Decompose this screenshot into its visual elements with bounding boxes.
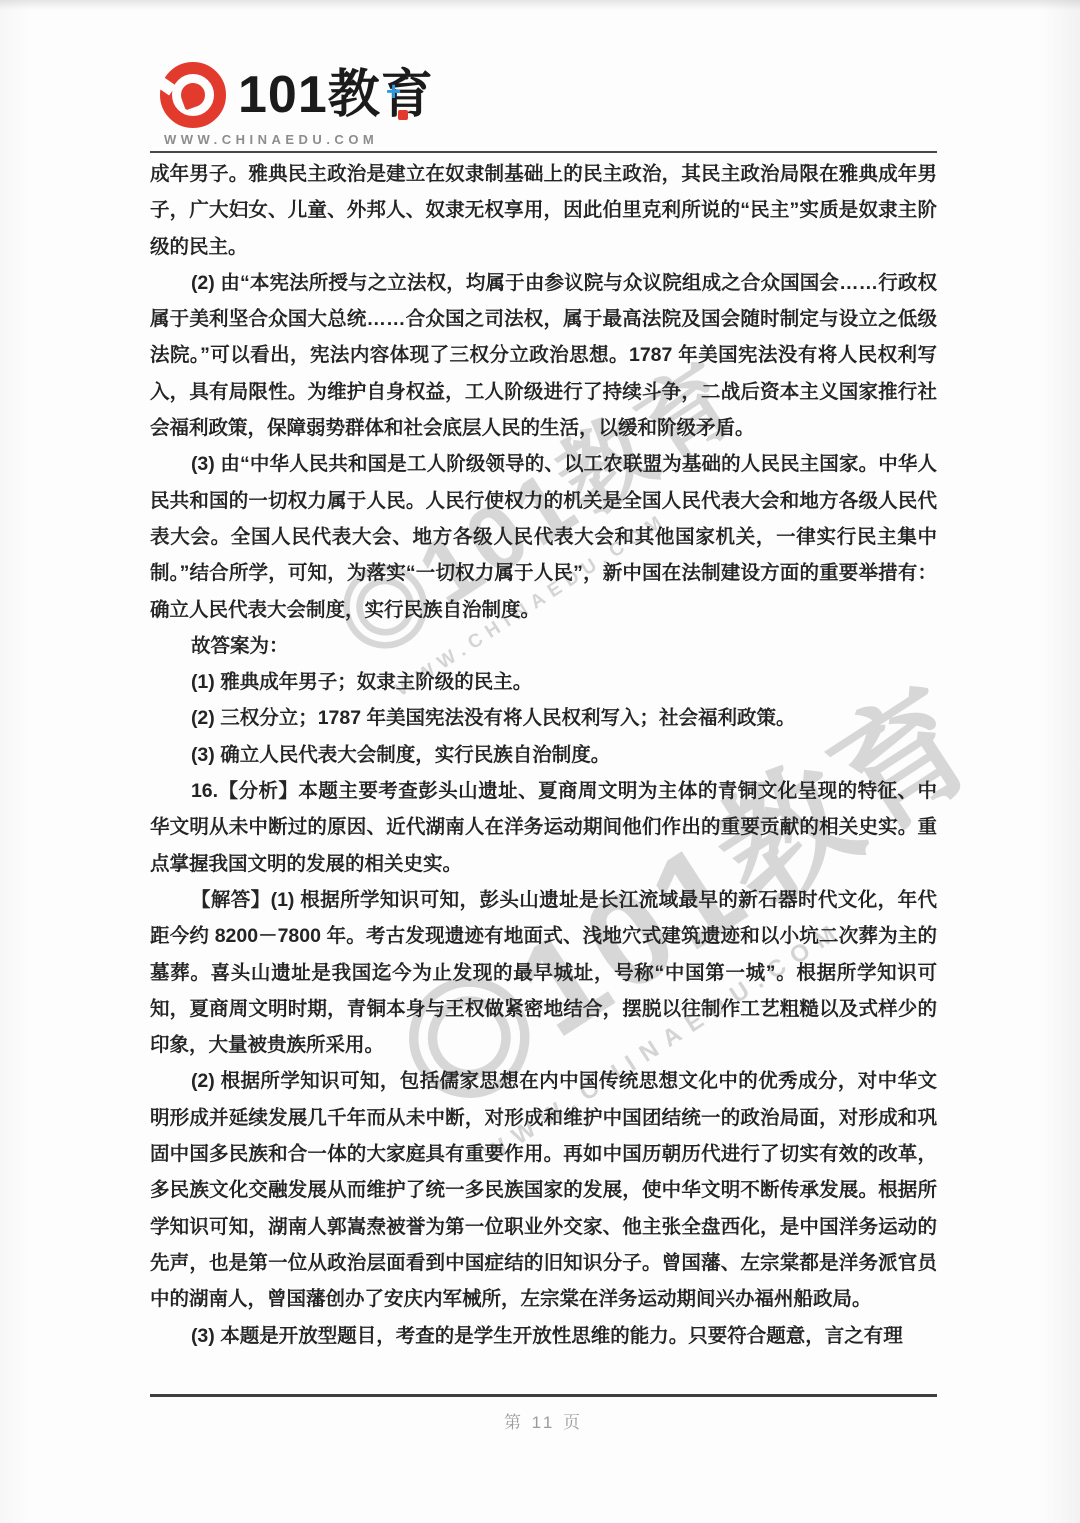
site-logo: 101教育 + WWW.CHINAEDU.COM (160, 62, 434, 147)
paragraph: (3) 本题是开放型题目，考查的是学生开放性思维的能力。只要符合题意，言之有理 (150, 1318, 937, 1354)
paragraph: (3) 由“中华人民共和国是工人阶级领导的、以工农联盟为基础的人民民主国家。中华… (150, 446, 937, 627)
website-text: WWW.CHINAEDU.COM (164, 132, 434, 147)
footer-divider (150, 1394, 937, 1397)
page-number: 第 11 页 (150, 1408, 937, 1433)
paragraph: (2) 三权分立；1787 年美国宪法没有将人民权利写入；社会福利政策。 (150, 700, 937, 736)
paragraph: (3) 确立人民代表大会制度，实行民族自治制度。 (150, 737, 937, 773)
paragraph: (2) 由“本宪法所授与之立法权，均属于由参议院与众议院组成之合众国国会……行政… (150, 265, 937, 446)
paragraph: 【解答】(1) 根据所学知识可知，彭头山遗址是长江流域最早的新石器时代文化，年代… (150, 882, 937, 1063)
red-dot-icon (398, 110, 408, 120)
document-body: 成年男子。雅典民主政治是建立在奴隶制基础上的民主政治，其民主政治局限在雅典成年男… (150, 156, 937, 1354)
paragraph: 16.【分析】本题主要考查彭头山遗址、夏商周文明为主体的青铜文化呈现的特征、中华… (150, 773, 937, 882)
paragraph: 故答案为： (150, 628, 937, 664)
paragraph: (1) 雅典成年男子；奴隶主阶级的民主。 (150, 664, 937, 700)
paragraph: 成年男子。雅典民主政治是建立在奴隶制基础上的民主政治，其民主政治局限在雅典成年男… (150, 156, 937, 265)
paragraph: (2) 根据所学知识可知，包括儒家思想在内中国传统思想文化中的优秀成分，对中华文… (150, 1063, 937, 1317)
document-page: 101教育 + WWW.CHINAEDU.COM ◎101教育 WWW.CHIN… (0, 0, 1080, 1523)
red-swirl-logo-icon (160, 62, 226, 128)
header-divider (150, 151, 937, 153)
brand-text: 101教育 + (238, 62, 434, 128)
